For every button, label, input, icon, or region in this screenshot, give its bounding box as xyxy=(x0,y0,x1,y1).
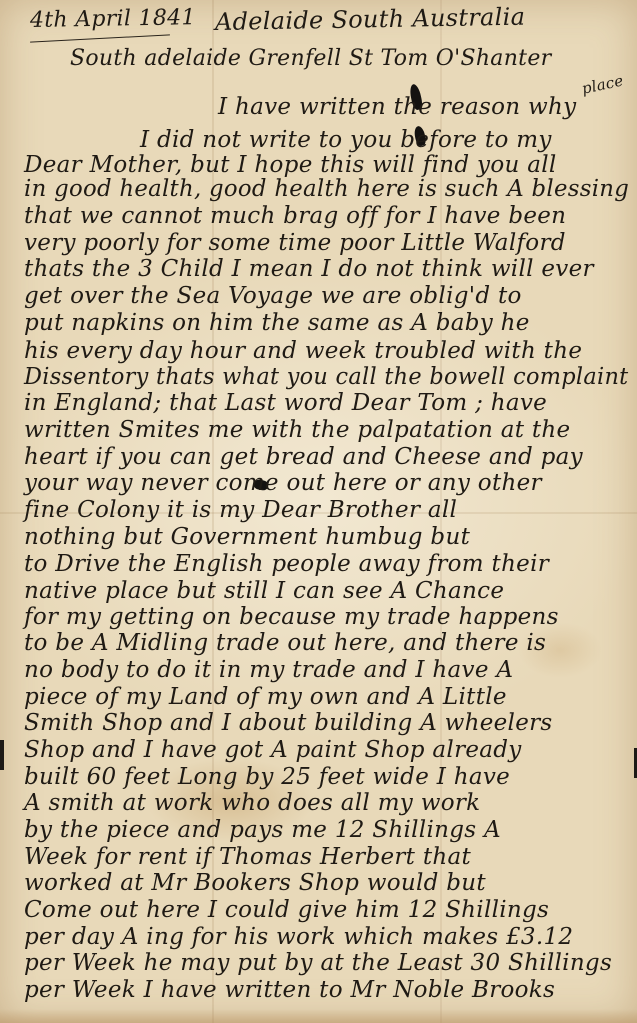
letter-line: written Smites me with the palpatation a… xyxy=(24,417,570,443)
letter-line: native place but still I can see A Chanc… xyxy=(24,578,504,604)
letter-line: I have written the reason why xyxy=(218,94,576,120)
letter-line: Come out here I could give him 12 Shilli… xyxy=(24,897,549,923)
letter-line: A smith at work who does all my work xyxy=(24,790,480,816)
paper-bottom-edge xyxy=(0,1009,637,1023)
letter-line: built 60 feet Long by 25 feet wide I hav… xyxy=(24,764,510,790)
letter-line: Week for rent if Thomas Herbert that xyxy=(24,844,471,870)
letter-line: nothing but Government humbug but xyxy=(24,524,470,550)
letter-line: his every day hour and week troubled wit… xyxy=(24,338,582,364)
letter-line: that we cannot much brag off for I have … xyxy=(24,203,566,229)
letter-line: Shop and I have got A paint Shop already xyxy=(24,737,522,763)
letter-line: for my getting on because my trade happe… xyxy=(24,604,559,630)
letter-line: in good health, good health here is such… xyxy=(24,176,629,202)
letter-line: to be A Midling trade out here, and ther… xyxy=(24,630,546,656)
letter-line: thats the 3 Child I mean I do not think … xyxy=(24,256,594,282)
letter-place: Adelaide South Australia xyxy=(215,3,526,36)
letter-line: get over the Sea Voyage we are oblig'd t… xyxy=(24,283,522,309)
letter-line: very poorly for some time poor Little Wa… xyxy=(24,230,566,256)
address-note: place xyxy=(580,71,625,97)
letter-line: piece of my Land of my own and A Little xyxy=(24,684,507,710)
letter-line: per day A ing for his work which makes £… xyxy=(24,924,573,950)
address-line: South adelaide Grenfell St Tom O'Shanter xyxy=(70,46,551,71)
letter-line: Smith Shop and I about building A wheele… xyxy=(24,710,553,736)
letter-line: to Drive the English people away from th… xyxy=(24,551,549,577)
letter-line: no body to do it in my trade and I have … xyxy=(24,657,513,683)
letter-line: Dissentory thats what you call the bowel… xyxy=(24,364,628,390)
letter-page: 4th April 1841 Adelaide South Australia … xyxy=(0,0,637,1023)
letter-line: by the piece and pays me 12 Shillings A xyxy=(24,817,501,843)
letter-line: fine Colony it is my Dear Brother all xyxy=(24,497,457,523)
letter-line: heart if you can get bread and Cheese an… xyxy=(24,444,583,470)
letter-line: your way never come out here or any othe… xyxy=(24,470,542,496)
letter-line: in England; that Last word Dear Tom ; ha… xyxy=(24,390,547,416)
letter-line: per Week I have written to Mr Noble Broo… xyxy=(24,977,555,1003)
edge-mark-left xyxy=(0,740,4,770)
letter-date: 4th April 1841 xyxy=(30,5,196,33)
letter-line: put napkins on him the same as A baby he xyxy=(24,310,530,336)
letter-line: Dear Mother, but I hope this will find y… xyxy=(24,152,557,178)
letter-line: per Week he may put by at the Least 30 S… xyxy=(24,950,612,976)
letter-line: worked at Mr Bookers Shop would but xyxy=(24,870,486,896)
date-underline xyxy=(30,34,170,42)
letter-line: I did not write to you before to my xyxy=(140,127,552,153)
